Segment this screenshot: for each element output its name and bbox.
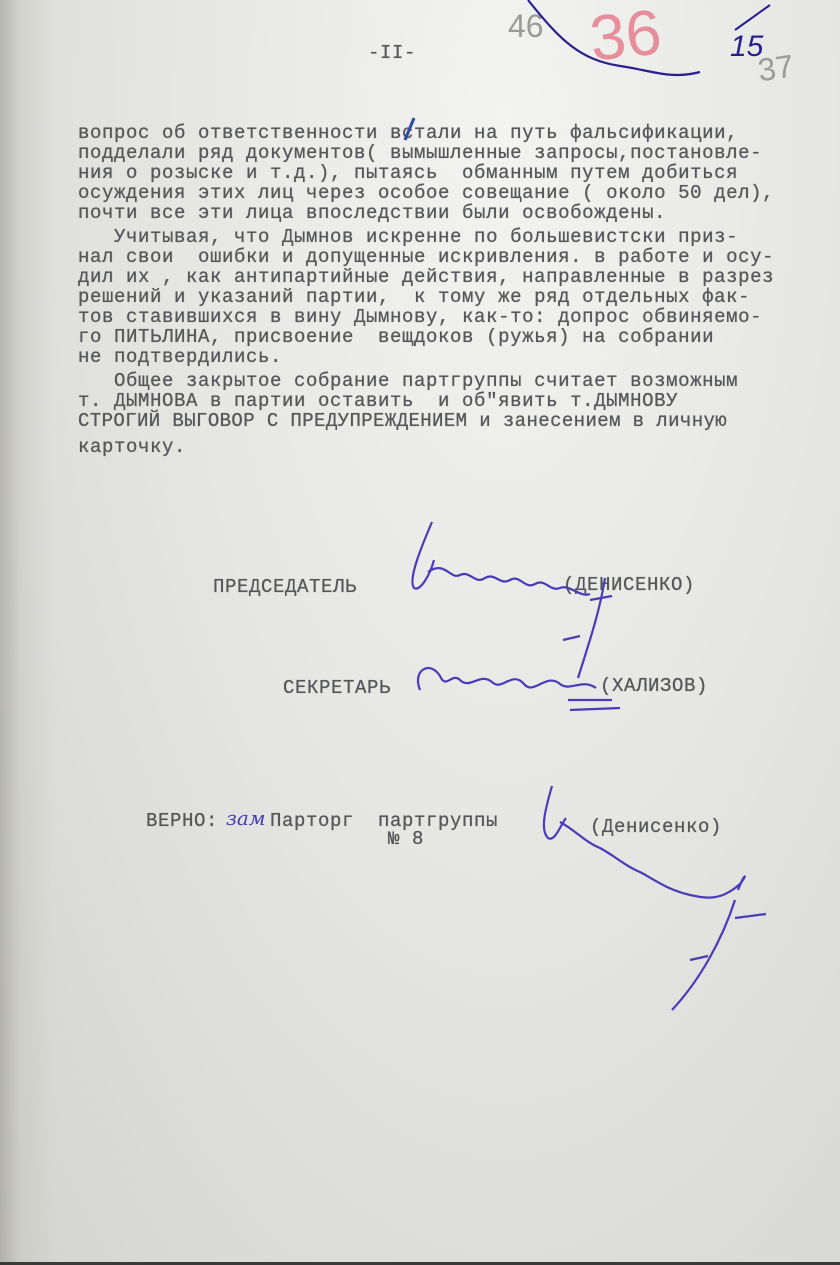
certified-title-line1: Парторг партгруппы [270, 812, 498, 831]
secretary-name: (ХАЛИЗОВ) [600, 677, 708, 696]
text-line: подделали ряд документов( вымышленные за… [78, 144, 762, 163]
archive-number-gray-right: 37 [756, 48, 796, 90]
text-line: тов ставившихся в вину Дымнову, как-то: … [78, 308, 762, 327]
document-page: 46 36 15 37 -II- вопрос об ответственнос… [0, 0, 840, 1265]
text-line: не подтвердились. [78, 348, 282, 367]
page-number: -II- [368, 44, 416, 63]
chairman-name: (ДЕНИСЕНКО) [563, 576, 695, 595]
text-line: вопрос об ответственности встали на путь… [78, 124, 738, 143]
archive-number-red: 36 [586, 0, 665, 76]
text-line: карточку. [78, 438, 186, 457]
text-line: нал свои ошибки и допущенные искривления… [78, 248, 774, 267]
handwritten-prefix: зам [226, 806, 265, 830]
text-line: го ПИТЬЛИНА, присвоение вещдоков (ружья)… [78, 328, 714, 347]
certified-label: ВЕРНО: [146, 812, 218, 831]
text-line: т. ДЫМНОВА в партии оставить и об"явить … [78, 392, 678, 411]
archive-number-gray-left: 46 [508, 8, 544, 45]
text-line: СТРОГИЙ ВЫГОВОР С ПРЕДУПРЕЖДЕНИЕМ и зане… [78, 412, 727, 431]
text-line: почти все эти лица впоследствии были осв… [78, 204, 666, 223]
certified-name: (Денисенко) [590, 818, 722, 837]
certified-title-line2: № 8 [388, 830, 424, 849]
text-line: ния о розыске и т.д.), пытаясь обманным … [78, 164, 738, 183]
chairman-title: ПРЕДСЕДАТЕЛЬ [213, 578, 357, 597]
secretary-signature [418, 668, 620, 710]
text-line: осуждения этих лиц через особое совещани… [78, 184, 774, 203]
text-line: решений и указаний партии, к тому же ряд… [78, 288, 750, 307]
text-line: Общее закрытое собрание партгруппы счита… [78, 372, 738, 391]
secretary-title: СЕКРЕТАРЬ [283, 679, 391, 698]
text-line: дил их , как антипартийные действия, нап… [78, 268, 774, 287]
chairman-signature [412, 522, 612, 678]
text-line: Учитывая, что Дымнов искренне по большев… [78, 228, 738, 247]
